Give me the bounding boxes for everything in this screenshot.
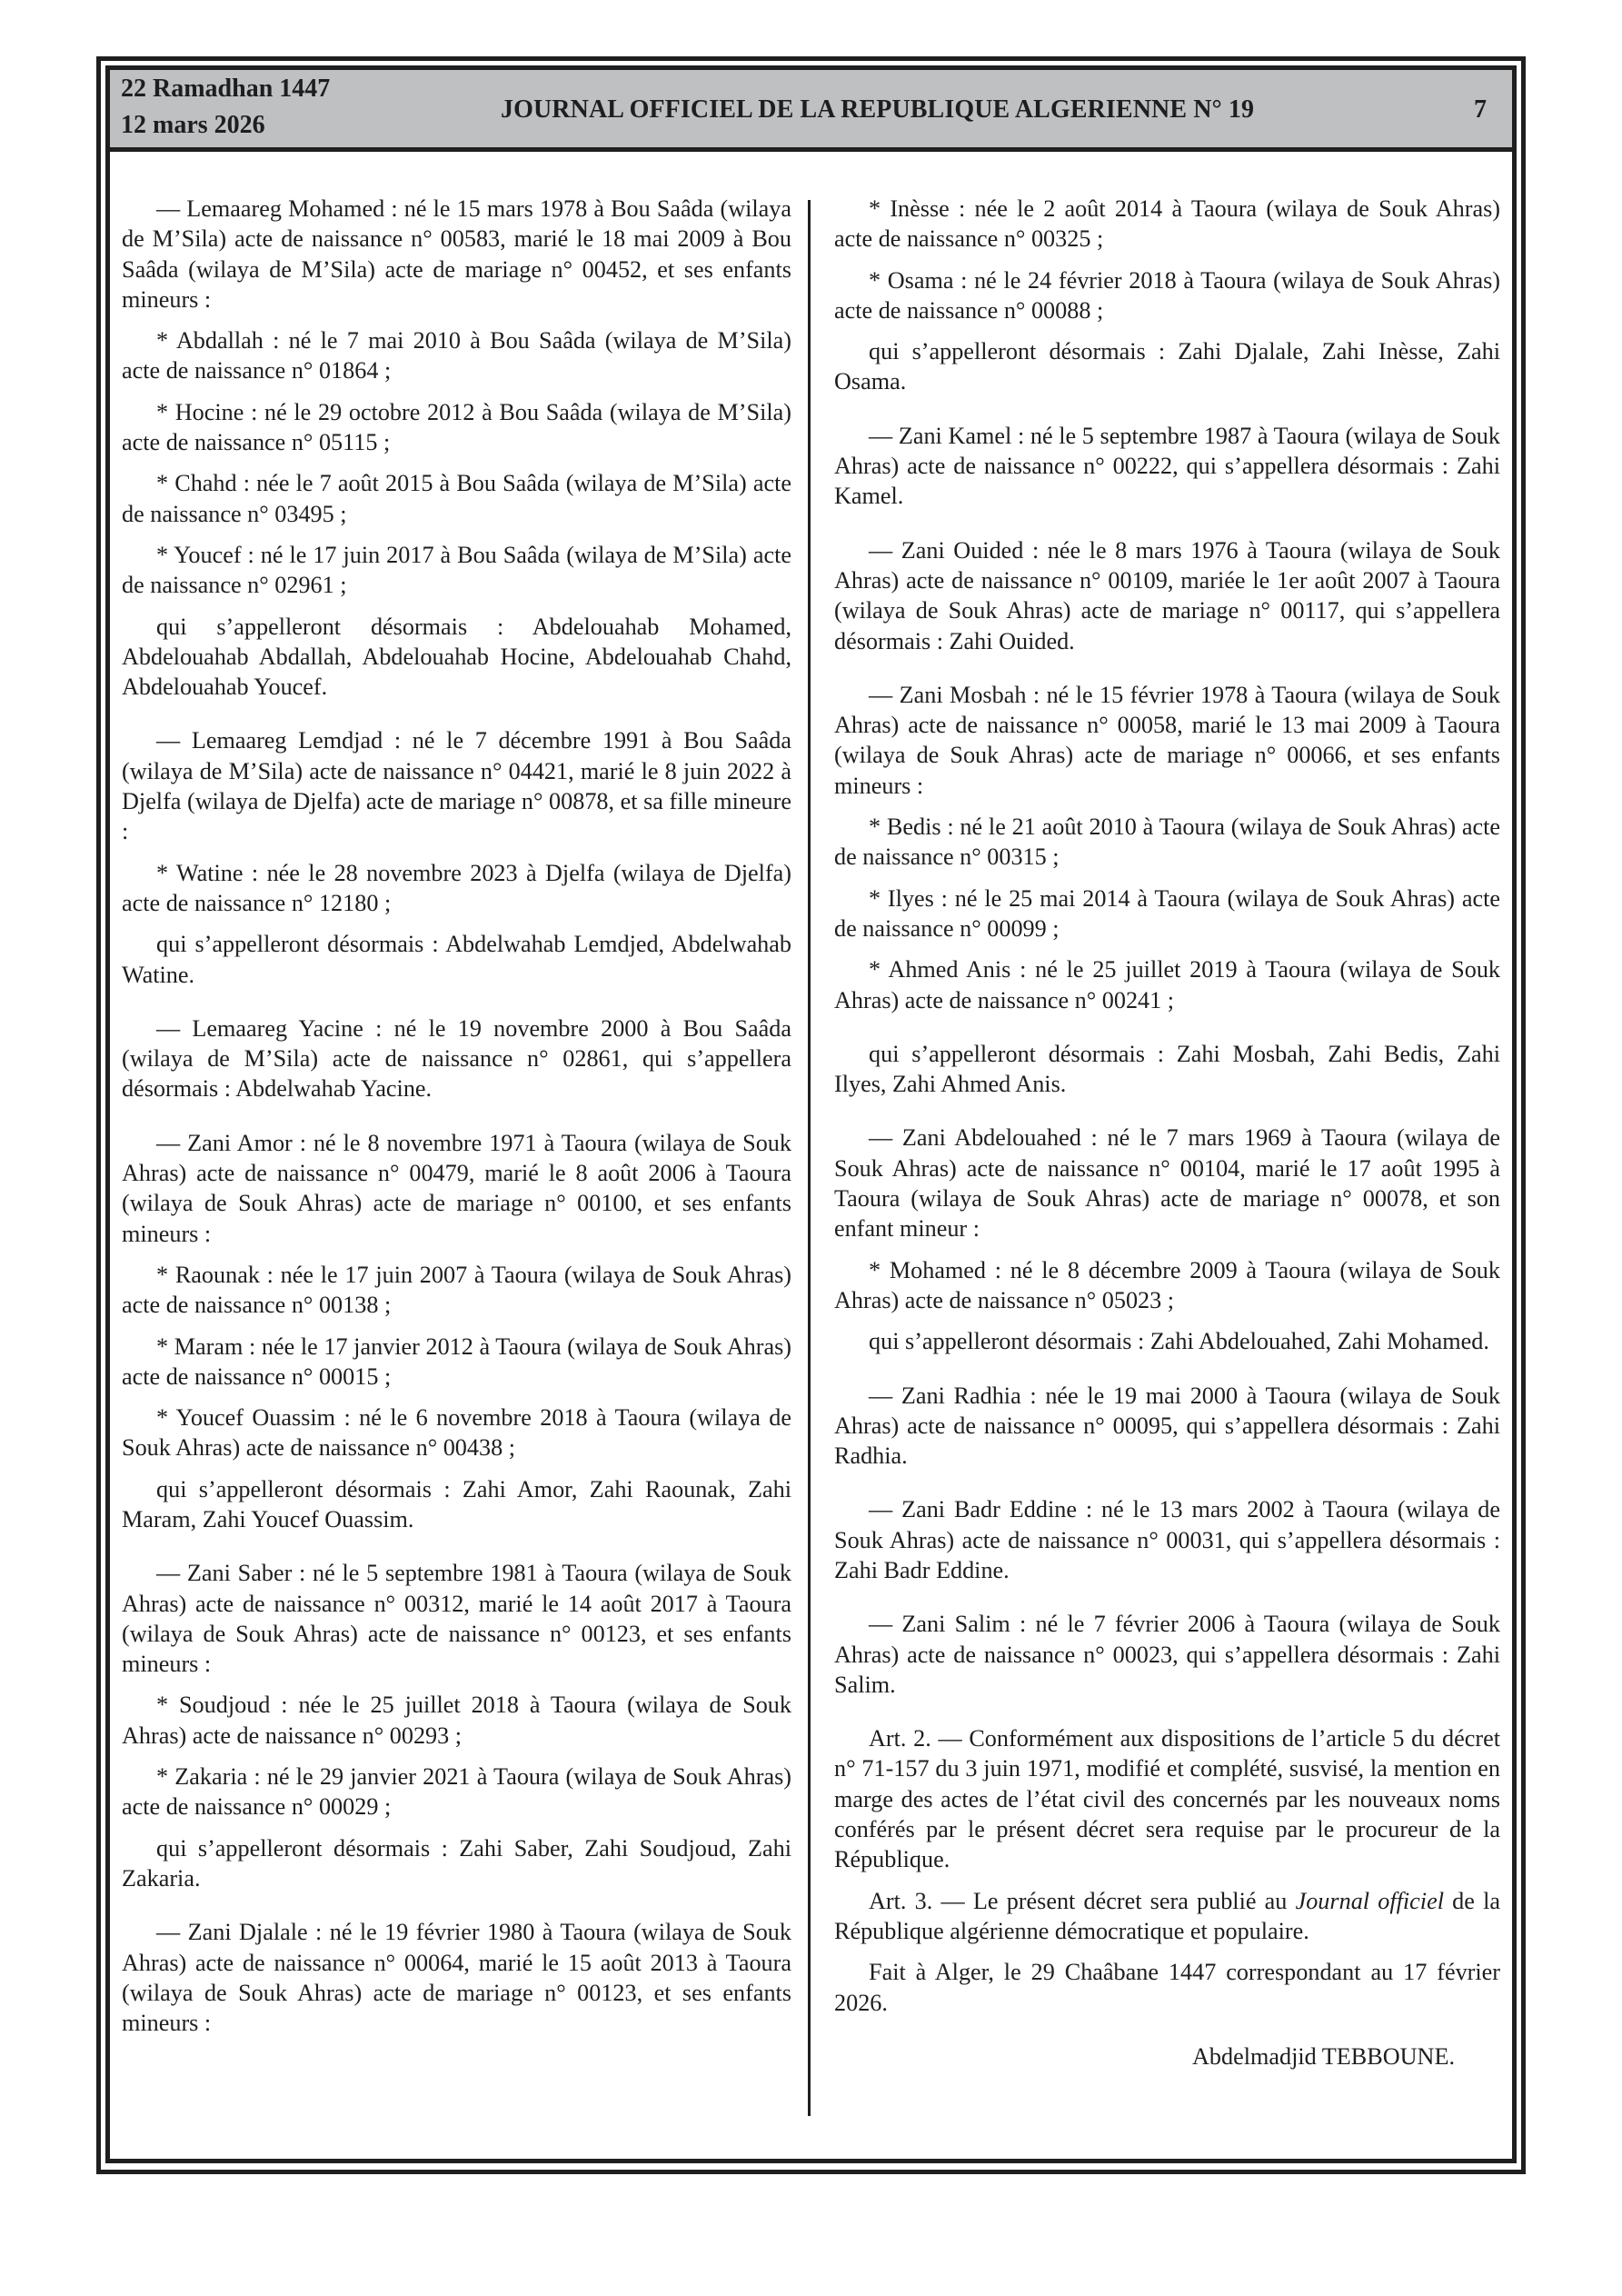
paragraph: — Lemaareg Lemdjad : né le 7 décembre 19… (122, 725, 791, 846)
paragraph: — Zani Salim : né le 7 février 2006 à Ta… (834, 1609, 1500, 1700)
paragraph: — Zani Saber : né le 5 septembre 1981 à … (122, 1558, 791, 1679)
paragraph: * Raounak : née le 17 juin 2007 à Taoura… (122, 1260, 791, 1321)
paragraph: * Ahmed Anis : né le 25 juillet 2019 à T… (834, 954, 1500, 1015)
paragraph: — Zani Radhia : née le 19 mai 2000 à Tao… (834, 1381, 1500, 1472)
paragraph: qui s’appelleront désormais : Abdelwahab… (122, 929, 791, 990)
paragraph: * Mohamed : né le 8 décembre 2009 à Taou… (834, 1255, 1500, 1316)
paragraph: * Youcef : né le 17 juin 2017 à Bou Saâd… (122, 540, 791, 601)
paragraph: qui s’appelleront désormais : Zahi Amor,… (122, 1474, 791, 1535)
paragraph: — Zani Djalale : né le 19 février 1980 à… (122, 1917, 791, 2038)
paragraph: * Youcef Ouassim : né le 6 novembre 2018… (122, 1403, 791, 1463)
paragraph: * Inèsse : née le 2 août 2014 à Taoura (… (834, 194, 1500, 255)
paragraph: qui s’appelleront désormais : Zahi Mosba… (834, 1039, 1500, 1100)
article-2: Art. 2. — Conformément aux dispositions … (834, 1723, 1500, 1874)
signature: Abdelmadjid TEBBOUNE. (834, 2041, 1500, 2071)
paragraph: — Zani Mosbah : né le 15 février 1978 à … (834, 680, 1500, 801)
paragraph: — Zani Amor : né le 8 novembre 1971 à Ta… (122, 1128, 791, 1249)
paragraph: qui s’appelleront désormais : Zahi Djala… (834, 336, 1500, 397)
paragraph: — Lemaareg Yacine : né le 19 novembre 20… (122, 1013, 791, 1104)
paragraph: * Bedis : né le 21 août 2010 à Taoura (w… (834, 812, 1500, 873)
paragraph: — Zani Abdelouahed : né le 7 mars 1969 à… (834, 1123, 1500, 1243)
paragraph: * Hocine : né le 29 octobre 2012 à Bou S… (122, 397, 791, 458)
paragraph: * Maram : née le 17 janvier 2012 à Taour… (122, 1332, 791, 1393)
right-column: * Inèsse : née le 2 août 2014 à Taoura (… (834, 194, 1500, 2082)
paragraph: * Ilyes : né le 25 mai 2014 à Taoura (wi… (834, 883, 1500, 944)
column-divider (808, 200, 811, 2116)
paragraph: — Zani Badr Eddine : né le 13 mars 2002 … (834, 1494, 1500, 1585)
closing-statement: Fait à Alger, le 29 Chaâbane 1447 corres… (834, 1957, 1500, 2018)
article-3: Art. 3. — Le présent décret sera publié … (834, 1886, 1500, 1947)
paragraph: qui s’appelleront désormais : Zahi Abdel… (834, 1326, 1500, 1356)
journal-officiel-italic: Journal officiel (1296, 1888, 1444, 1914)
paragraph: * Zakaria : né le 29 janvier 2021 à Taou… (122, 1762, 791, 1822)
gregorian-date: 12 mars 2026 (121, 112, 265, 139)
paragraph: — Lemaareg Mohamed : né le 15 mars 1978 … (122, 194, 791, 314)
paragraph: * Soudjoud : née le 25 juillet 2018 à Ta… (122, 1690, 791, 1751)
paragraph: * Chahd : née le 7 août 2015 à Bou Saâda… (122, 468, 791, 529)
paragraph: * Abdallah : né le 7 mai 2010 à Bou Saâd… (122, 325, 791, 386)
paragraph: * Osama : né le 24 février 2018 à Taoura… (834, 265, 1500, 326)
page-number: 7 (1474, 95, 1487, 125)
paragraph: qui s’appelleront désormais : Zahi Saber… (122, 1833, 791, 1894)
journal-title: JOURNAL OFFICIEL DE LA REPUBLIQUE ALGERI… (501, 95, 1254, 125)
paragraph: — Zani Kamel : né le 5 septembre 1987 à … (834, 421, 1500, 512)
article-3-text: Art. 3. — Le présent décret sera publié … (869, 1888, 1296, 1914)
left-column: — Lemaareg Mohamed : né le 15 mars 1978 … (122, 194, 791, 2049)
page-header: 22 Ramadhan 1447 12 mars 2026 JOURNAL OF… (110, 70, 1512, 152)
paragraph: * Watine : née le 28 novembre 2023 à Dje… (122, 858, 791, 919)
hijri-date: 22 Ramadhan 1447 (121, 75, 330, 103)
paragraph: qui s’appelleront désormais : Abdelouaha… (122, 612, 791, 703)
paragraph: — Zani Ouided : née le 8 mars 1976 à Tao… (834, 535, 1500, 656)
